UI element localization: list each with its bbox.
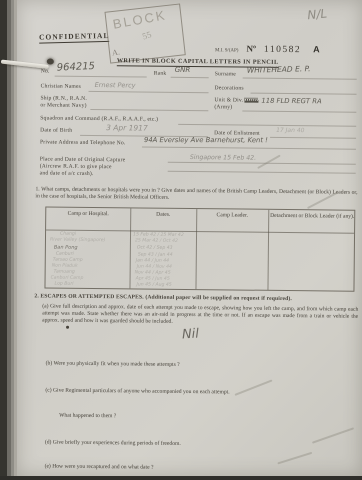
question-2d-text: (d) Give briefly your experiences during…: [45, 439, 345, 449]
page-stack-edge: [0, 0, 7, 480]
question-2c-text: (c) Give Regimental particulars of anyon…: [45, 387, 345, 397]
camp-entry: Lop Buri: [54, 282, 73, 287]
address-label: Private Address and Telephone No.: [40, 139, 126, 146]
squadron-label: Squadron and Command (R.A.F., R.A.A.F., …: [40, 115, 158, 122]
dates-entry: Jun 45 / Aug 45: [136, 282, 171, 287]
mi9-ref: M.I. 9/(AP): [215, 48, 239, 53]
form-page: N/L CONFIDENTIAL BLOCK 55 A. M.I. 9/(AP)…: [17, 0, 362, 476]
camp-entry: Tamuang: [54, 270, 75, 275]
dates-entry: 15 Feb 42 / 25 Mar 42: [133, 232, 184, 238]
camp-entry: Canburi Camp: [51, 276, 84, 281]
camp-entry: Changi: [60, 232, 76, 237]
christian-names-value: Ernest Percy: [95, 81, 136, 89]
service-number-value: 964215: [57, 61, 96, 74]
unit-value: 118 FLD REGT RA: [244, 97, 321, 106]
scanned-pow-questionnaire: N/L CONFIDENTIAL BLOCK 55 A. M.I. 9/(AP)…: [0, 0, 362, 480]
pencil-streak: [257, 155, 280, 169]
question-2b-text: (b) Were you physically fit when you mad…: [46, 361, 346, 371]
no-label: No.: [41, 68, 50, 74]
punch-hole: [47, 58, 54, 64]
surname-label: Surname: [215, 71, 236, 77]
camps-table: Camp or Hospital. Dates. Camp Leader. De…: [44, 206, 355, 291]
dob-value: 3 Apr 1917: [106, 123, 148, 132]
dates-entry: Nov 44 / Apr 45: [135, 270, 171, 275]
unit-div-label: Unit & Div.: [214, 97, 243, 103]
col-header-camp: Camp or Hospital.: [46, 210, 130, 217]
col-header-leader: Camp Leader.: [196, 212, 268, 219]
surname-value: WHITEHEAD E. P.: [247, 64, 311, 75]
camp-entry: Ban Pong: [54, 245, 78, 251]
rank-label: Rank: [154, 71, 167, 77]
christian-names-label: Christian Names: [41, 83, 82, 89]
stamp-text: 55: [141, 29, 153, 41]
dates-entry: Jun 44 / Nov 44: [137, 264, 172, 269]
ship-label-2: or Merchant Navy): [40, 102, 86, 108]
pencil-streak: [277, 452, 312, 464]
classification-marking: CONFIDENTIAL: [39, 31, 110, 44]
col-header-dates: Dates.: [130, 211, 196, 218]
capture-value: Singapore 15 Feb 42.: [190, 154, 256, 162]
unit-div-label-2: (Army): [214, 104, 232, 110]
capture-label-3: and date of a/c crash).: [40, 170, 94, 177]
capture-label-2: (Aircrew R.A.F. to give place: [40, 163, 112, 170]
answer-nil: Nil: [182, 327, 200, 343]
dates-entry: Oct 42 / Sep 43: [137, 245, 173, 250]
address-value: 94A Eversley Ave Barnehurst, Kent !: [144, 136, 268, 144]
form-content: N/L CONFIDENTIAL BLOCK 55 A. M.I. 9/(AP)…: [15, 0, 362, 478]
serial-number: 110582: [264, 45, 301, 55]
decorations-label: Decorations: [215, 85, 244, 91]
question-2e-text: (e) How were you recaptured and on what …: [45, 463, 345, 473]
crossed-out-scribble: [244, 98, 258, 103]
camp-entry: Tarsao Camp: [53, 258, 83, 263]
camp-entry: Non Pladuk: [52, 264, 78, 269]
pencil-annotation: N/L: [307, 6, 328, 22]
ship-label: Ship (R.N., R.A.N.: [40, 95, 87, 101]
pencil-streak: [312, 427, 354, 443]
col-header-detachment: Detachment or Block Leader (if any).: [268, 213, 356, 220]
dates-entry: 25 Mar 42 / Oct 42: [135, 238, 178, 243]
dates-entry: Sep 43 / Jan 44: [138, 252, 173, 257]
camp-entry: River Valley (Singapore): [50, 238, 106, 244]
number-symbol: Nº: [246, 44, 256, 54]
pencil-dot: [66, 326, 69, 329]
question-2c2-text: What happened to them ?: [59, 413, 259, 422]
serial-suffix: A: [313, 44, 320, 54]
serial-number-line: M.I. 9/(AP) Nº 110582 A: [215, 38, 320, 57]
question-2a-text: (a) Give full description and approx. da…: [42, 303, 358, 327]
camp-entry: Canburi: [56, 252, 74, 257]
dob-label: Date of Birth: [40, 127, 72, 133]
dates-entry: Apr 45 / Jun 45: [136, 276, 170, 281]
date-stamp-box: BLOCK 55 A.: [104, 3, 185, 63]
rank-value: GNR: [175, 66, 191, 74]
question-1-text: 1. What camps, detachments or hospitals …: [35, 186, 357, 203]
enlistment-value: 17 Jan 40: [276, 127, 304, 134]
stamp-text: BLOCK: [112, 7, 168, 32]
capture-label: Place and Date of Original Capture: [40, 156, 126, 163]
dates-entry: Jan 44 / Jun 44: [136, 258, 169, 263]
backdrop-edge: [0, 476, 362, 480]
stamp-text: A.: [112, 47, 121, 57]
question-2-heading: 2. ESCAPES OR ATTEMPTED ESCAPES. (Additi…: [34, 293, 356, 303]
